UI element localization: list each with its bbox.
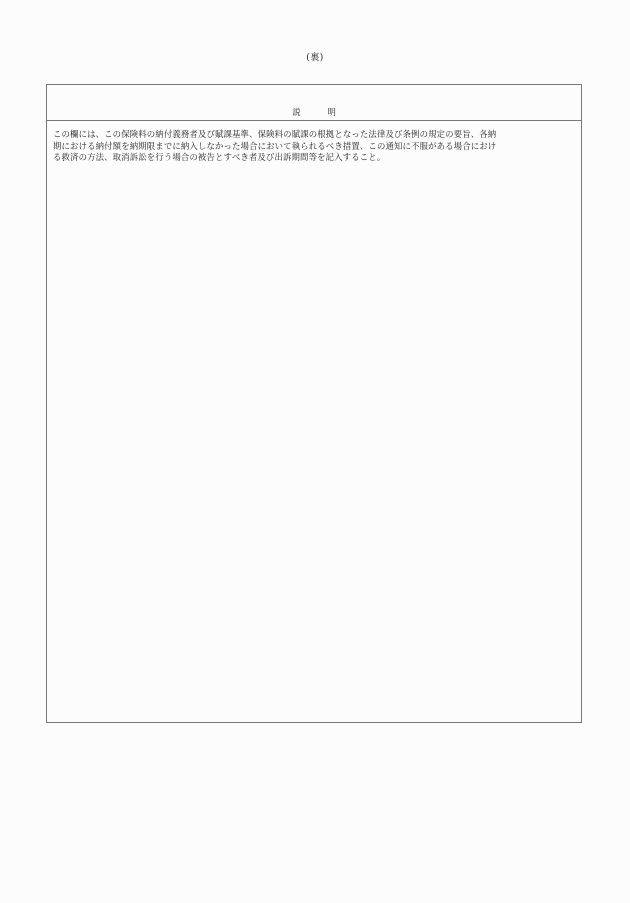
explanation-header: 説 明 <box>47 85 581 121</box>
explanation-line: 期における納付額を納期限までに納入しなかった場合において執られるべき措置、この通… <box>53 141 575 153</box>
explanation-box: 説 明 この欄には、この保険料の納付義務者及び賦課基準、保険料の賦課の根拠となっ… <box>46 84 582 723</box>
explanation-title: 説 明 <box>47 106 581 118</box>
explanation-line: この欄には、この保険料の納付義務者及び賦課基準、保険料の賦課の根拠となった法律及… <box>53 129 575 141</box>
page-side-label: (裏) <box>0 50 630 63</box>
explanation-body: この欄には、この保険料の納付義務者及び賦課基準、保険料の賦課の根拠となった法律及… <box>53 129 575 164</box>
explanation-line: る救済の方法、取消訴訟を行う場合の被告とすべき者及び出訴期間等を記入すること。 <box>53 152 575 164</box>
